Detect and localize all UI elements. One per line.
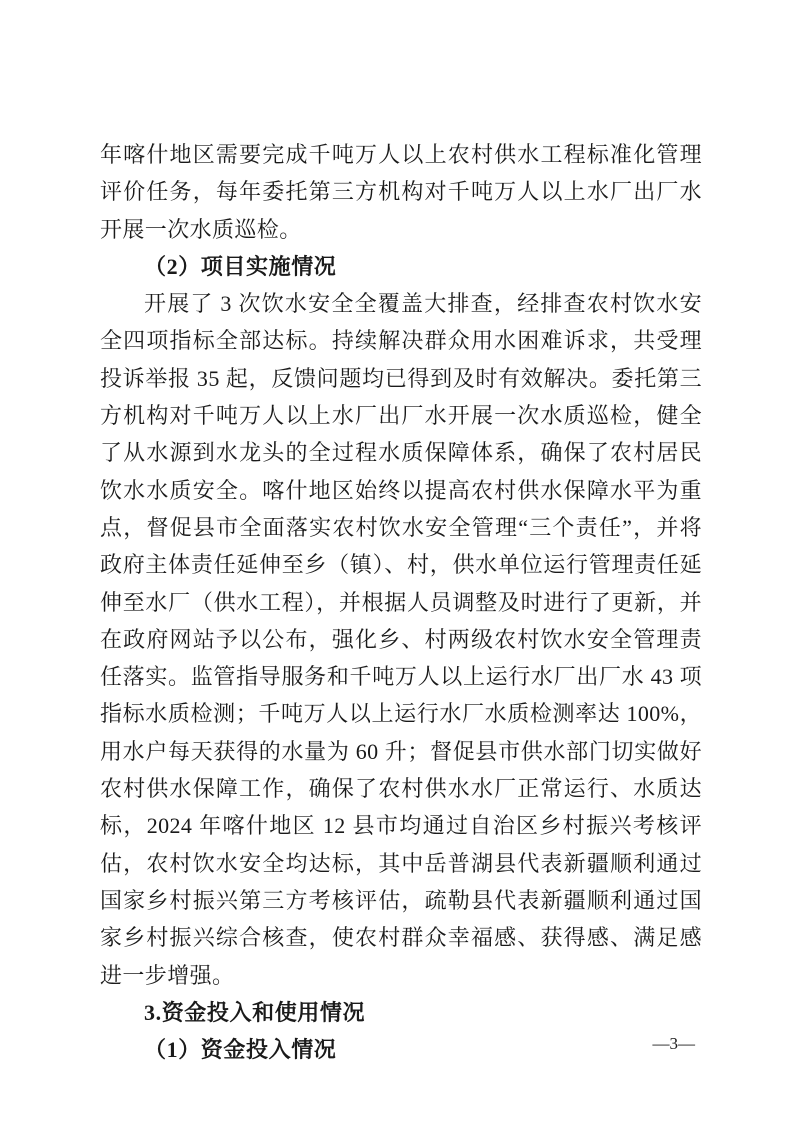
section-heading-funds-input-and-use: 3.资金投入和使用情况 bbox=[100, 994, 702, 1031]
page-number: —3— bbox=[653, 1034, 696, 1054]
section-heading-project-implementation: （2）项目实施情况 bbox=[100, 248, 702, 285]
document-body: 年喀什地区需要完成千吨万人以上农村供水工程标准化管理评价任务，每年委托第三方机构… bbox=[100, 136, 702, 1068]
paragraph-body: 开展了 3 次饮水安全全覆盖大排查，经排查农村饮水安全四项指标全部达标。持续解决… bbox=[100, 285, 702, 994]
section-heading-funds-input: （1）资金投入情况 bbox=[100, 1031, 702, 1068]
paragraph-continuation: 年喀什地区需要完成千吨万人以上农村供水工程标准化管理评价任务，每年委托第三方机构… bbox=[100, 136, 702, 248]
document-page: 年喀什地区需要完成千吨万人以上农村供水工程标准化管理评价任务，每年委托第三方机构… bbox=[0, 0, 793, 1122]
